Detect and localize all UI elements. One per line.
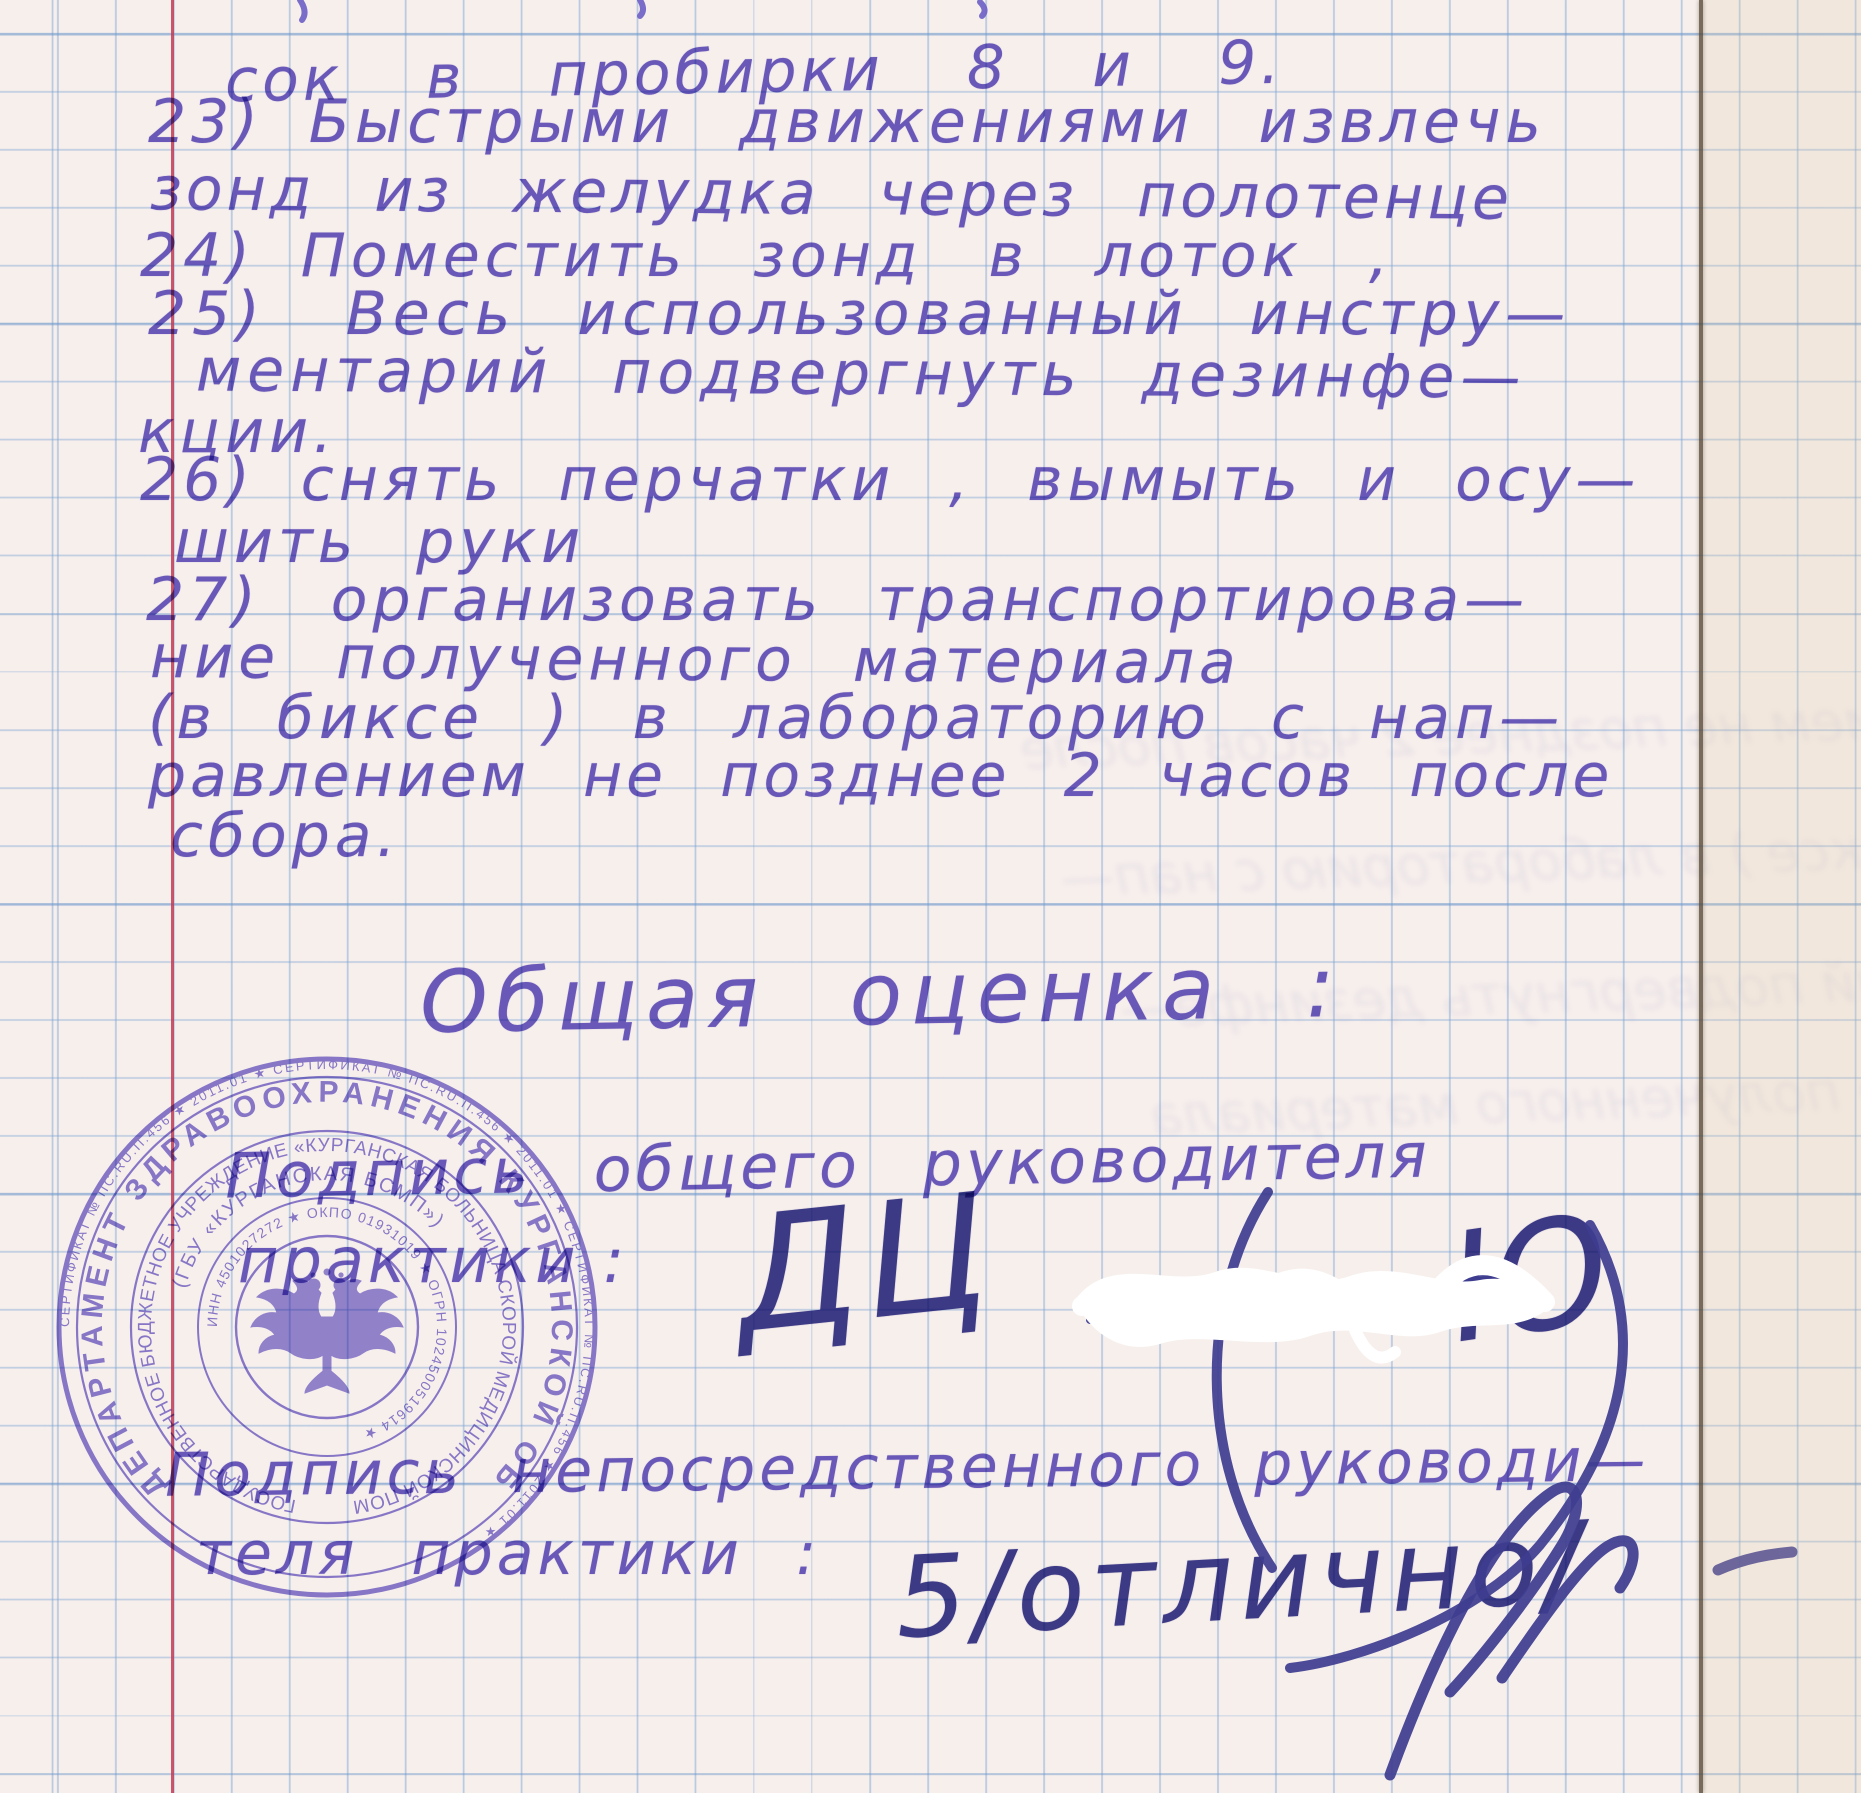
step-23-text: Быстрыми движениями извлечь — [309, 87, 1546, 157]
step-27-line-3: (в биксе ) в лабораторию с нап— — [148, 688, 1564, 748]
adjacent-page-strip — [1703, 0, 1861, 1793]
supervisor-signature-ending: Ю — [1438, 1194, 1619, 1365]
direct-caption-line-2: теля практики : — [196, 1524, 820, 1584]
step-26-line-1: 26)снять перчатки , вымыть и осу— — [140, 450, 1640, 510]
step-25-line-1: 25)Весь использованный инстру— — [148, 284, 1571, 344]
step-25-line-2: ментарий подвергнуть дезинфе— — [196, 341, 1527, 408]
step-23-line-1: 23)Быстрыми движениями извлечь — [148, 92, 1546, 152]
step-24-line-1: 24)Поместить зонд в лоток , — [140, 226, 1393, 286]
grade-value: 5/отлично/ — [893, 1507, 1591, 1655]
supervisor-caption-line-2: практики : — [238, 1230, 628, 1292]
top-cut-strokes — [300, 0, 985, 20]
supervisor-signature-initials: ДЦ — [727, 1172, 1000, 1356]
step-27-line-5: сбора. — [170, 806, 401, 866]
step-27-line-1: 27)организовать транспортирова— — [146, 570, 1529, 630]
overall-grade-heading: Общая оценка : — [419, 944, 1343, 1046]
step-27-line-4: равлением не позднее 2 часов после — [148, 746, 1613, 806]
page-edge-line — [1699, 0, 1703, 1793]
step-26-number: 26) — [140, 445, 255, 515]
scanned-notebook-page: равлением не позднее 2 часов после (в би… — [0, 0, 1861, 1793]
signature-open-paren-stroke — [1217, 1192, 1272, 1568]
step-26-text: снять перчатки , вымыть и осу— — [301, 445, 1641, 515]
step-26-line-2: шить руки — [174, 512, 585, 572]
step-23-number: 23) — [148, 87, 263, 157]
direct-caption-line-1: Подпись непосредственного руководи— — [165, 1430, 1650, 1506]
step-23-line-2: зонд из желудка через полотенце — [150, 159, 1513, 229]
